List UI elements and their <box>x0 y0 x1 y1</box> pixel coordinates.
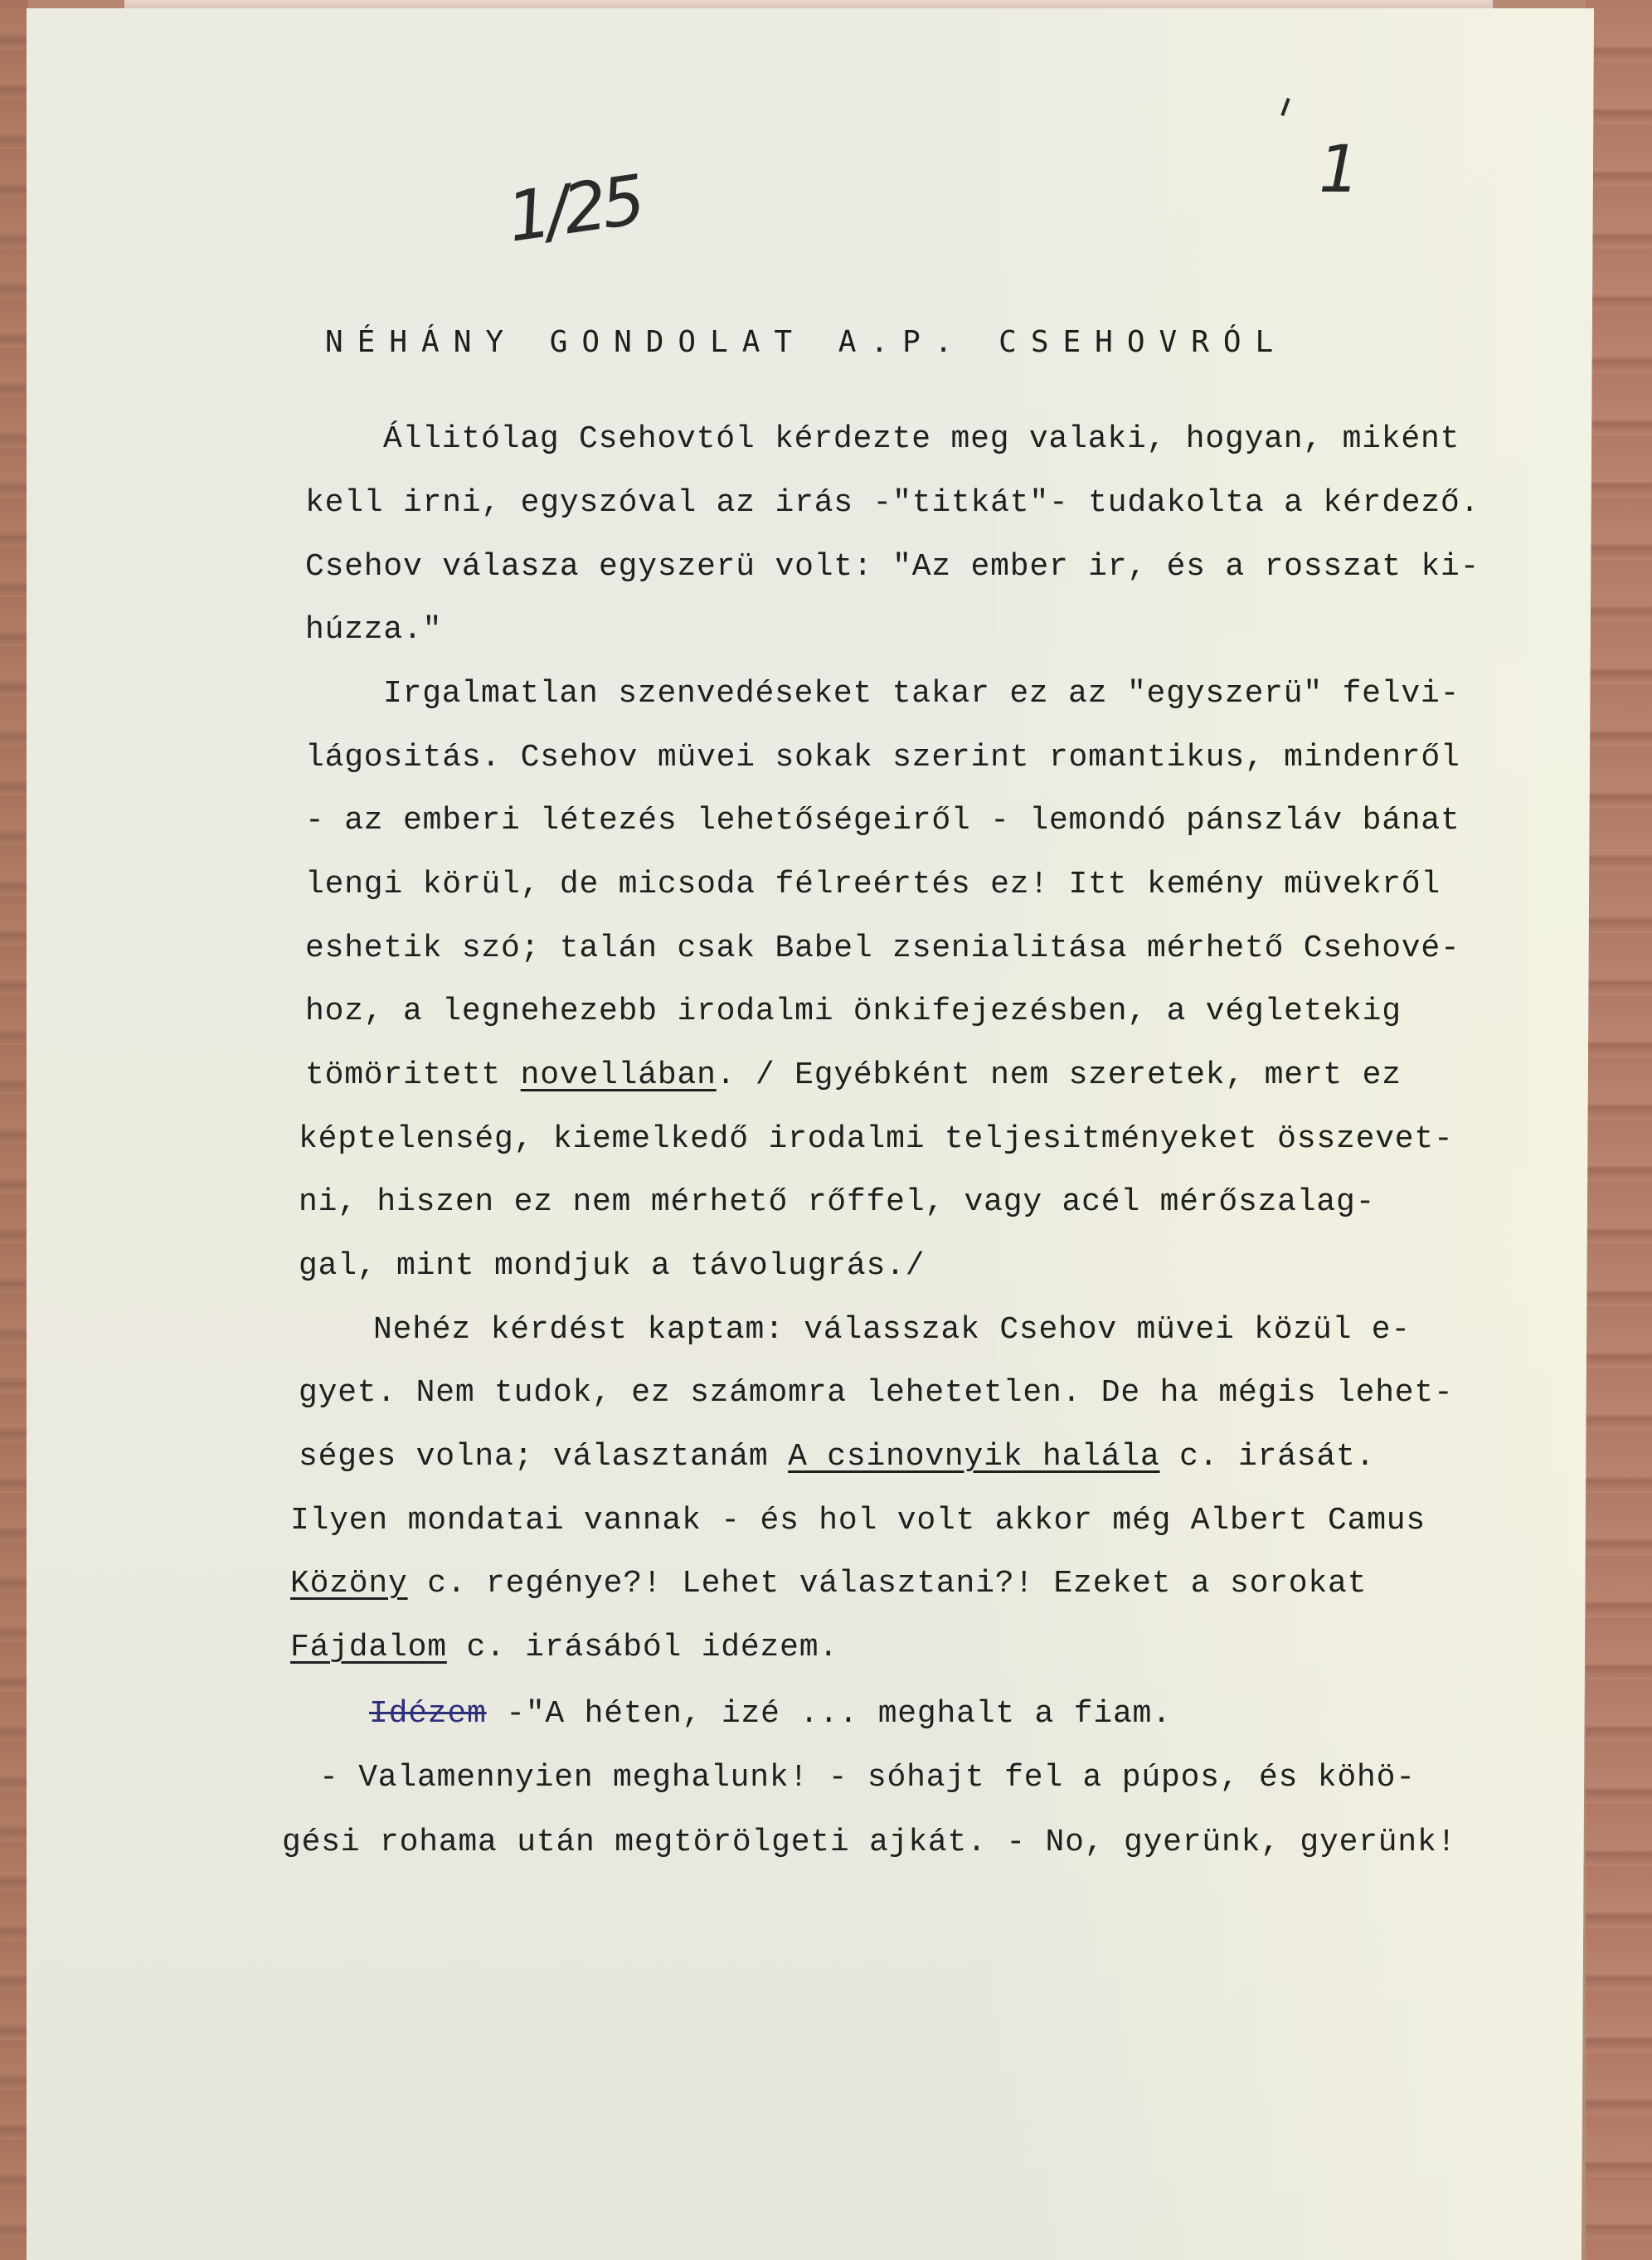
text-line: hoz, a legnehezebb irodalmi önkifejezésb… <box>305 994 1402 1029</box>
underlined-title: A csinovnyik halála <box>788 1439 1159 1475</box>
text-line: eshetik szó; talán csak Babel zsenialitá… <box>305 931 1460 966</box>
underlined-term: novellában <box>521 1057 717 1093</box>
text-line-after: c. regénye?! Lehet választani?! Ezeket a… <box>408 1566 1368 1601</box>
text-line: gési rohama után megtörölgeti ajkát. - N… <box>282 1825 1456 1860</box>
text-line: Irgalmatlan szenvedéseket takar ez az "e… <box>383 676 1460 712</box>
text-line: Nehéz kérdést kaptam: válasszak Csehov m… <box>373 1312 1411 1348</box>
text-line: Állitólag Csehovtól kérdezte meg valaki,… <box>383 421 1460 457</box>
text-line: - az emberi létezés lehetőségeiről - lem… <box>305 803 1460 838</box>
text-line: Ilyen mondatai vannak - és hol volt akko… <box>290 1503 1426 1538</box>
text-line: lengi körül, de micsoda félreértés ez! I… <box>305 867 1441 902</box>
text-line: tömöritett novellában. / Egyébként nem s… <box>305 1057 1402 1093</box>
underlined-title: Közöny <box>290 1566 408 1601</box>
text-line: Közöny c. regénye?! Lehet választani?! E… <box>290 1566 1367 1601</box>
text-line-after: c. irásából idézem. <box>447 1630 838 1665</box>
text-line: Csehov válasza egyszerü volt: "Az ember … <box>305 549 1480 585</box>
text-line-before: tömöritett <box>305 1057 521 1093</box>
text-line: lágositás. Csehov müvei sokak szerint ro… <box>305 740 1460 775</box>
text-line-content: kell irni, egyszóval az irás -"titkát"- … <box>305 485 1480 521</box>
text-line: séges volna; választanám A csinovnyik ha… <box>299 1439 1375 1475</box>
text-line: gyet. Nem tudok, ez számomra lehetetlen.… <box>299 1375 1454 1411</box>
desk-surface-right <box>1586 0 1652 2260</box>
text-line-after: -"A héten, izé ... meghalt a fiam. <box>487 1696 1172 1732</box>
text-line: képtelenség, kiemelkedő irodalmi teljesi… <box>299 1121 1454 1157</box>
text-line: Fájdalom c. irásából idézem. <box>290 1630 838 1665</box>
text-line: gal, mint mondjuk a távolugrás./ <box>299 1248 925 1284</box>
text-line-before: séges volna; választanám <box>299 1439 788 1475</box>
underlined-title: Fájdalom <box>290 1630 447 1665</box>
text-line: kell irni, egyszóval az irás -"titkát"- … <box>305 485 1480 521</box>
desk-surface-left <box>0 0 28 2260</box>
text-line: húzza." <box>305 612 442 648</box>
document-title: NÉHÁNY GONDOLAT A.P. CSEHOVRÓL <box>325 325 1287 359</box>
text-line-after: . / Egyébként nem szeretek, mert ez <box>717 1057 1402 1093</box>
text-line: ni, hiszen ez nem mérhető rőffel, vagy a… <box>299 1184 1375 1220</box>
text-line-after: c. irását. <box>1160 1439 1376 1475</box>
text-line: - Valamennyien meghalunk! - sóhajt fel a… <box>319 1760 1416 1796</box>
handwritten-page-number: 1 <box>1319 133 1360 207</box>
text-line: Idézem -"A héten, izé ... meghalt a fiam… <box>369 1696 1172 1732</box>
struck-through-word: Idézem <box>369 1696 487 1732</box>
